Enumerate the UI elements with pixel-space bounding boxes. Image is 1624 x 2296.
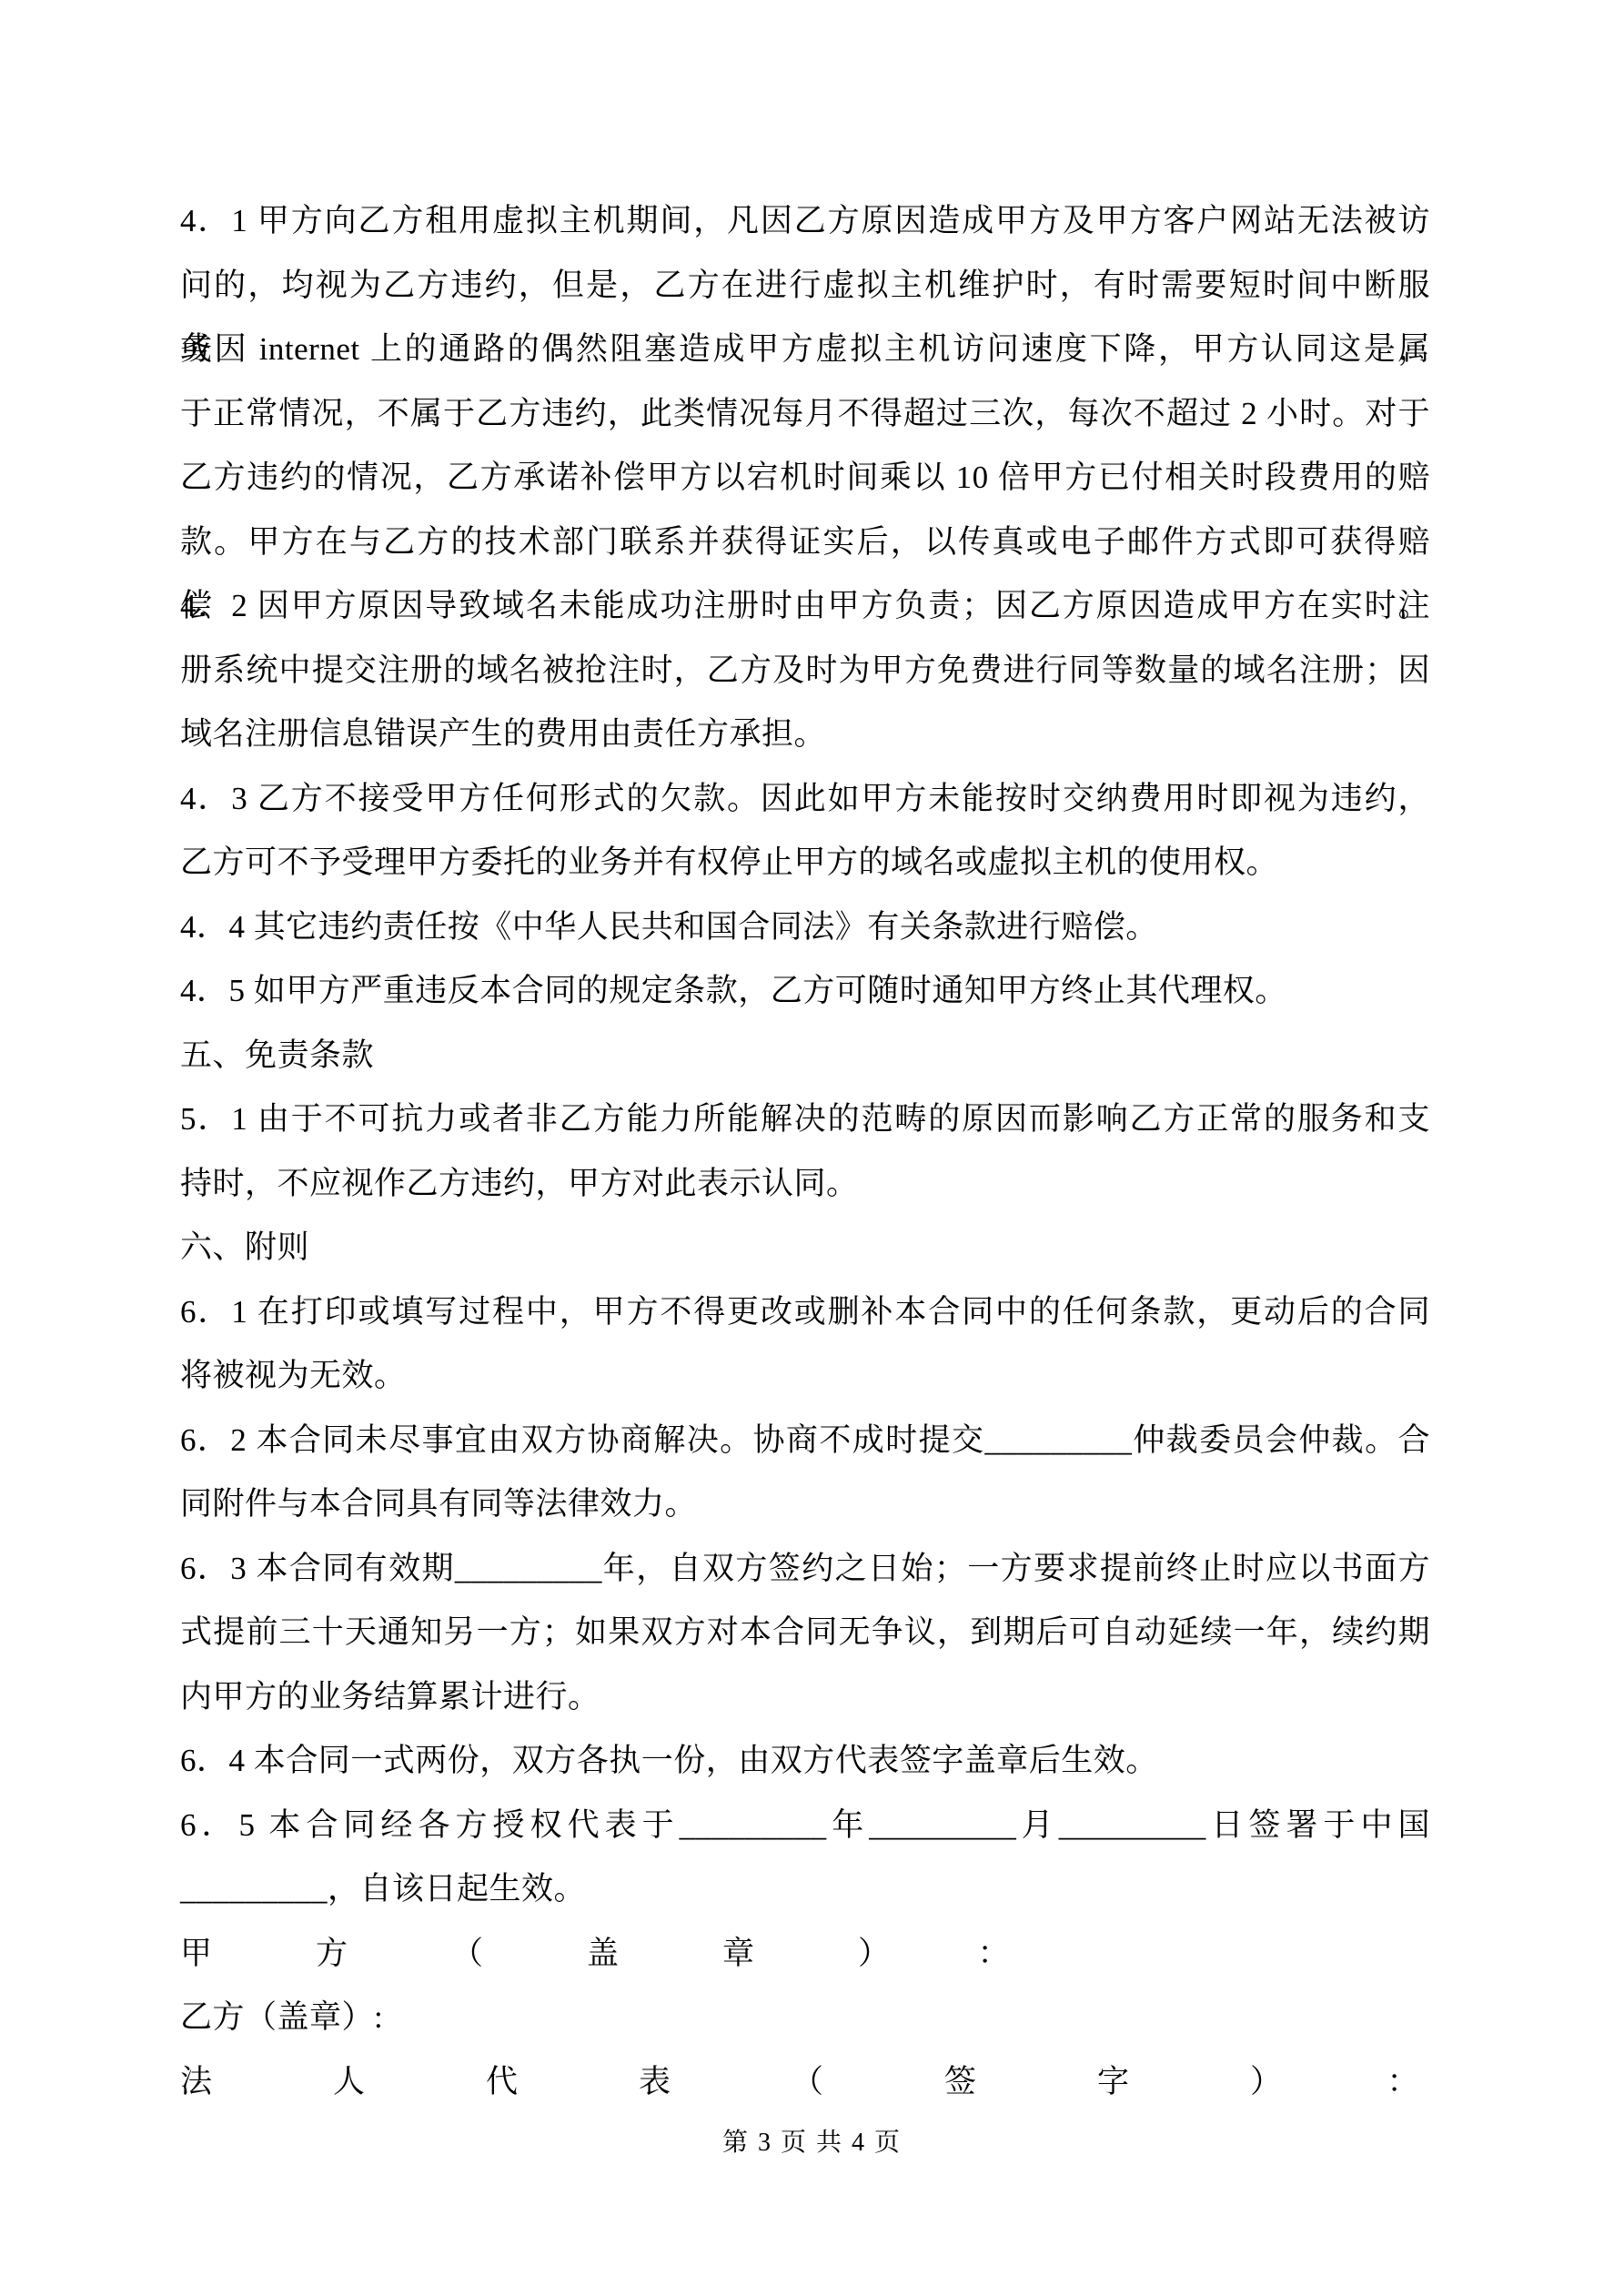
clause-6-1-line-1: 6．1 在打印或填写过程中，甲方不得更改或删补本合同中的任何条款，更动后的合同 [180, 1280, 1430, 1345]
page-number: 第 3 页 共 4 页 [0, 2122, 1624, 2159]
party-a-seal-line: 甲方（盖章）： [180, 1922, 1430, 1987]
clause-4-1-line-1: 4．1 甲方向乙方租用虚拟主机期间，凡因乙方原因造成甲方及甲方客户网站无法被访 [180, 189, 1430, 254]
clause-6-3-line-3: 内甲方的业务结算累计进行。 [180, 1665, 1430, 1730]
clause-4-2-line-2: 册系统中提交注册的域名被抢注时，乙方及时为甲方免费进行同等数量的域名注册；因 [180, 639, 1430, 703]
clause-4-3-line-2: 乙方可不予受理甲方委托的业务并有权停止甲方的域名或虚拟主机的使用权。 [180, 831, 1430, 895]
contract-page: 4．1 甲方向乙方租用虚拟主机期间，凡因乙方原因造成甲方及甲方客户网站无法被访 … [0, 0, 1624, 2296]
clause-4-2-line-1: 4．2 因甲方原因导致域名未能成功注册时由甲方负责；因乙方原因造成甲方在实时注 [180, 574, 1430, 639]
clause-4-3-line-1: 4．3 乙方不接受甲方任何形式的欠款。因此如甲方未能按时交纳费用时即视为违约， [180, 767, 1430, 832]
section-5-heading: 五、免责条款 [180, 1024, 1430, 1088]
clause-6-1-line-2: 将被视为无效。 [180, 1344, 1430, 1409]
section-6-heading: 六、附则 [180, 1216, 1430, 1280]
clause-4-4-line: 4．4 其它违约责任按《中华人民共和国合同法》有关条款进行赔偿。 [180, 895, 1430, 960]
clause-6-4-line: 6．4 本合同一式两份，双方各执一份，由双方代表签字盖章后生效。 [180, 1729, 1430, 1794]
clause-6-5-line-2: _________，自该日起生效。 [180, 1857, 1430, 1922]
contract-body: 4．1 甲方向乙方租用虚拟主机期间，凡因乙方原因造成甲方及甲方客户网站无法被访 … [180, 189, 1430, 2114]
clause-6-2-line-2: 同附件与本合同具有同等法律效力。 [180, 1472, 1430, 1537]
clause-6-3-line-2: 式提前三十天通知另一方；如果双方对本合同无争议，到期后可自动延续一年，续约期 [180, 1601, 1430, 1665]
clause-6-2-line-1: 6．2 本合同未尽事宜由双方协商解决。协商不成时提交_________仲裁委员会… [180, 1409, 1430, 1473]
party-b-seal-line: 乙方（盖章）: [180, 1986, 1430, 2050]
clause-6-3-line-1: 6．3 本合同有效期_________年，自双方签约之日始；一方要求提前终止时应… [180, 1537, 1430, 1602]
clause-4-1-line-4: 于正常情况，不属于乙方违约，此类情况每月不得超过三次，每次不超过 2 小时。对于 [180, 382, 1430, 447]
clause-4-2-line-3: 域名注册信息错误产生的费用由责任方承担。 [180, 703, 1430, 767]
clause-4-5-line: 4．5 如甲方严重违反本合同的规定条款，乙方可随时通知甲方终止其代理权。 [180, 959, 1430, 1024]
clause-4-1-line-2: 问的，均视为乙方违约，但是，乙方在进行虚拟主机维护时，有时需要短时间中断服务， [180, 254, 1430, 319]
clause-4-1-line-5: 乙方违约的情况，乙方承诺补偿甲方以宕机时间乘以 10 倍甲方已付相关时段费用的赔 [180, 446, 1430, 511]
clause-4-1-line-3: 或因 internet 上的通路的偶然阻塞造成甲方虚拟主机访问速度下降，甲方认同… [180, 318, 1430, 382]
clause-5-1-line-1: 5．1 由于不可抗力或者非乙方能力所能解决的范畴的原因而影响乙方正常的服务和支 [180, 1087, 1430, 1152]
clause-5-1-line-2: 持时，不应视作乙方违约，甲方对此表示认同。 [180, 1152, 1430, 1217]
clause-4-1-line-6: 款。甲方在与乙方的技术部门联系并获得证实后，以传真或电子邮件方式即可获得赔偿。 [180, 511, 1430, 575]
legal-representative-signature-line: 法人代表（签字）： [180, 2050, 1430, 2115]
clause-6-5-line-1: 6．5 本合同经各方授权代表于_________年_________月_____… [180, 1794, 1430, 1858]
